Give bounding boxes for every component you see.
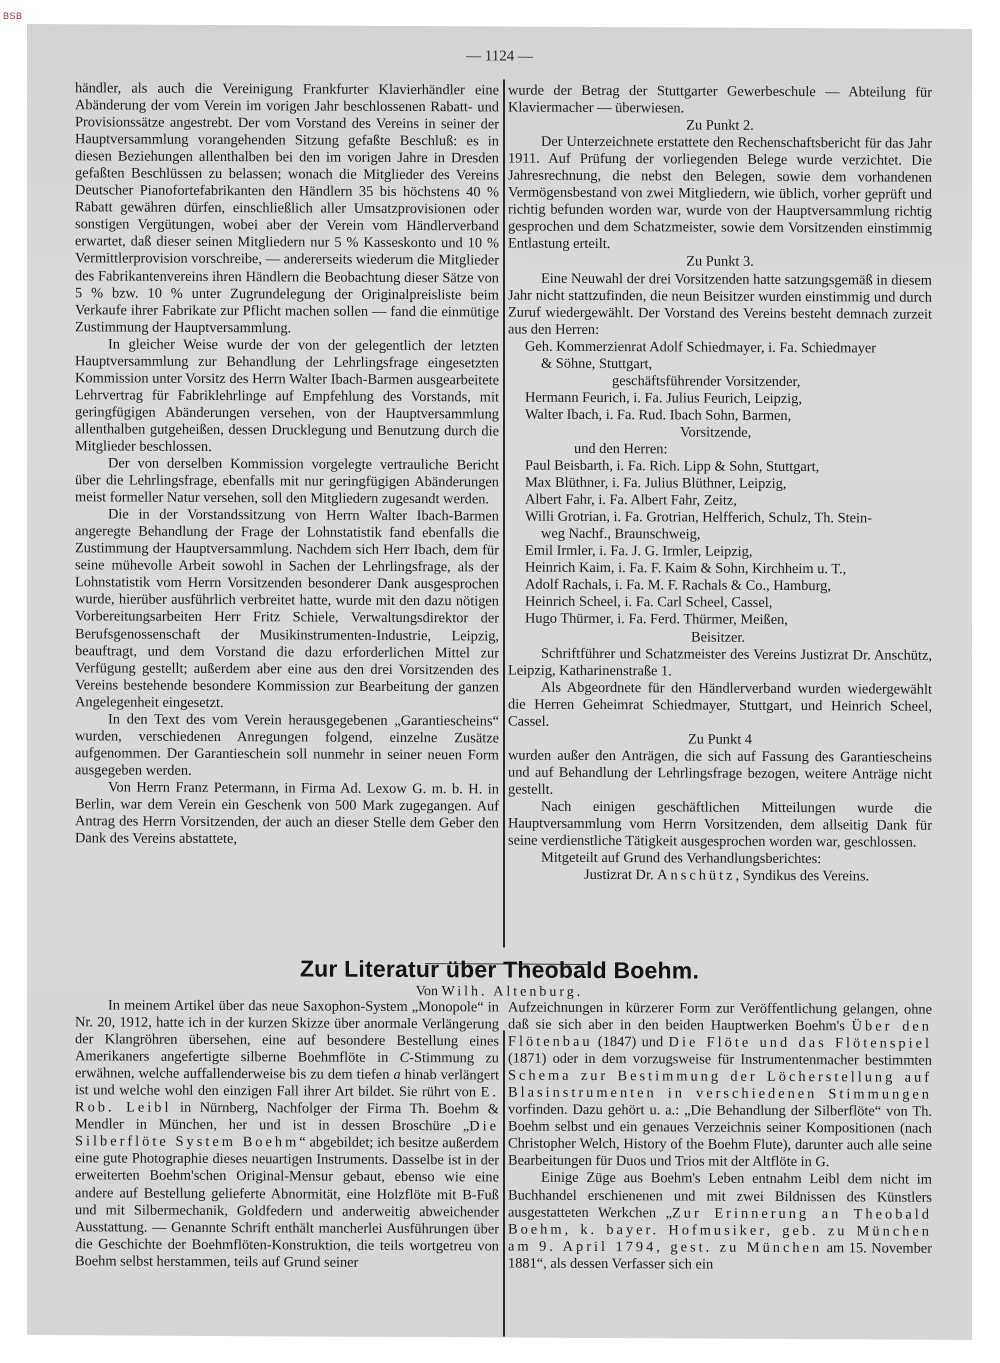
section-heading: Zu Punkt 2. xyxy=(508,117,932,136)
paragraph: Schriftführer und Schatzmeister des Vere… xyxy=(508,645,932,681)
assessor: Heinrich Kaim, i. Fa. F. Kaim & Sohn, Ki… xyxy=(508,560,932,579)
top-left-column: händler, als auch die Vereinigung Frankf… xyxy=(75,80,499,849)
work-title: Schema zur Bestimmung der Löcherstellung… xyxy=(508,1068,932,1103)
signoff-intro: Mitgeteilt auf Grund des Verhandlungsber… xyxy=(508,850,932,869)
paragraph: Der Unterzeichnete erstattete den Rechen… xyxy=(508,134,932,256)
paragraph: wurde der Betrag der Stuttgarter Gewerbe… xyxy=(508,83,932,119)
work-title: Die Flöte und das Flötenspiel xyxy=(669,1034,932,1051)
paragraph: In den Text des vom Verein herausgegeben… xyxy=(75,711,499,781)
paragraph: In meinem Artikel über das neue Saxophon… xyxy=(75,997,499,1272)
library-watermark: BSB xyxy=(3,11,23,21)
paragraph: Der von derselben Kommission vorgelegte … xyxy=(75,455,499,508)
assessor: Max Blüthner, i. Fa. Julius Blüthner, Le… xyxy=(508,475,932,494)
paragraph: Aufzeichnungen in kürzerer Form zur Verö… xyxy=(508,1000,932,1173)
paragraph: Einige Züge aus Boehm's Leben entnahm Le… xyxy=(508,1170,932,1275)
board-role: Vorsitzende, xyxy=(508,423,932,442)
assessor: Albert Fahr, i. Fa. Albert Fahr, Zeitz, xyxy=(508,492,932,511)
author-name: Wilh. Altenburg. xyxy=(442,984,584,1000)
column-divider xyxy=(503,79,505,947)
assessor: Willi Grotrian, i. Fa. Grotrian, Helffer… xyxy=(508,509,932,528)
paragraph: Nach einigen geschäftlichen Mitteilungen… xyxy=(508,798,932,851)
signature-suffix: , Syndikus des Vereins. xyxy=(736,868,870,885)
assessor: Emil Irmler, i. Fa. J. G. Irmler, Leipzi… xyxy=(508,543,932,562)
paragraph: Von Herrn Franz Petermann, in Firma Ad. … xyxy=(75,779,499,849)
paragraph: wurden außer den Anträgen, die sich auf … xyxy=(508,747,932,800)
article-right-column: Aufzeichnungen in kürzerer Form zur Verö… xyxy=(508,1000,932,1275)
board-member: Hermann Feurich, i. Fa. Julius Feurich, … xyxy=(508,389,932,408)
article-left-column: In meinem Artikel über das neue Saxophon… xyxy=(75,997,499,1272)
column-divider xyxy=(503,1030,505,1336)
assessor-continued: weg Nachf., Braunschweig, xyxy=(508,526,932,545)
signature-prefix: Justizrat Dr. xyxy=(584,867,657,883)
board-member-continued: & Söhne, Stuttgart, xyxy=(508,355,932,374)
board-subheading: und den Herren: xyxy=(508,441,932,460)
assessor: Paul Beisbarth, i. Fa. Rich. Lipp & Sohn… xyxy=(508,458,932,477)
author-prefix: Von xyxy=(416,984,442,999)
top-right-column: wurde der Betrag der Stuttgarter Gewerbe… xyxy=(508,83,932,886)
board-role: geschäftsführender Vorsitzender, xyxy=(508,372,932,391)
paragraph: In gleicher Weise wurde der von der gele… xyxy=(75,336,499,458)
assessor: Adolf Rachals, i. Fa. M. F. Rachals & Co… xyxy=(508,577,932,596)
assessor: Hugo Thürmer, i. Fa. Ferd. Thürmer, Meiß… xyxy=(508,611,932,630)
board-role: Beisitzer. xyxy=(508,628,932,647)
section-heading: Zu Punkt 4 xyxy=(508,730,932,749)
assessor: Heinrich Scheel, i. Fa. Carl Scheel, Cas… xyxy=(508,594,932,613)
note-letter: a xyxy=(393,1067,400,1083)
scanned-page: — 1124 — händler, als auch die Vereinigu… xyxy=(27,24,972,1340)
paragraph: Als Abgeordnete für den Händlerverband w… xyxy=(508,679,932,732)
board-member: Walter Ibach, i. Fa. Rud. Ibach Sohn, Ba… xyxy=(508,406,932,425)
page-number: — 1124 — xyxy=(27,46,972,68)
paragraph: händler, als auch die Vereinigung Frankf… xyxy=(75,80,499,338)
signature-name: Anschütz xyxy=(657,867,735,883)
paragraph: Die in der Vorstandssitzung von Herrn Wa… xyxy=(75,506,499,713)
board-member: Geh. Kommerzienrat Adolf Schiedmayer, i.… xyxy=(508,338,932,357)
paragraph: Eine Neuwahl der drei Vorsitzenden hatte… xyxy=(508,270,932,340)
article-title: Zur Literatur über Theobald Boehm. xyxy=(27,954,972,986)
signature: Justizrat Dr. Anschütz, Syndikus des Ver… xyxy=(508,867,932,886)
section-heading: Zu Punkt 3. xyxy=(508,253,932,272)
key-letter: C xyxy=(400,1050,410,1066)
